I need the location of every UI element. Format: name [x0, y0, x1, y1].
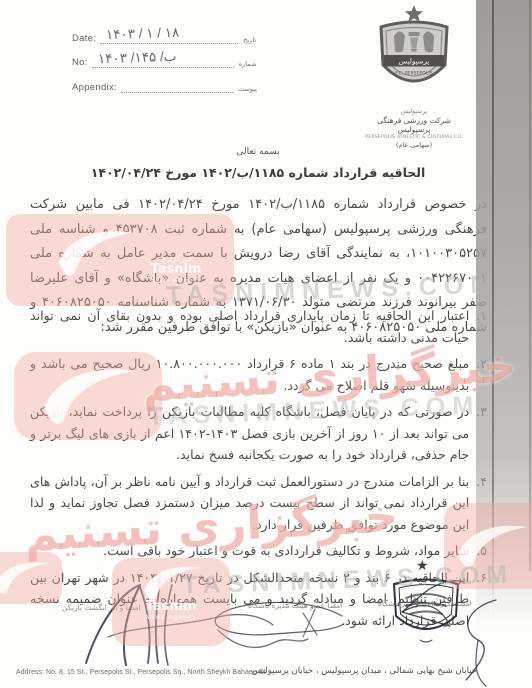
clause-text: اعتبار این الحاقیه تا زمان پایداری قرارد…: [30, 305, 469, 348]
clause-3: ۳. در صورتی که در پایان فصل، باشگاه کلیه…: [30, 401, 487, 466]
number-line: ۱۴۰۳ /ب/ ۱۴۵: [92, 56, 234, 68]
clause-text: بنا بر الزامات مندرج در دستورالعمل ثبت ق…: [30, 471, 469, 536]
date-line: ۱۴۰۳ / ۱ / ۱۸: [100, 32, 238, 44]
appendix-label-fa: پیوست: [238, 86, 257, 93]
company-name-fa: شرکت ورزشی فرهنگی پرسپولیس: [360, 116, 468, 134]
scan-edge-band: [476, 0, 532, 634]
title-block: بسمه تعالی الحاقیه قرارداد شماره ۱۱۸۵/ب/…: [30, 147, 486, 180]
clause-text: در صورتی که در پایان فصل، باشگاه کلیه مط…: [30, 401, 469, 466]
appendix-line: [121, 81, 233, 93]
club-name-small: پرسپولیس: [360, 108, 468, 115]
date-handwritten-value: ۱۴۰۳ / ۱ / ۱۸: [106, 25, 180, 44]
clause-text: مبلغ صحیح مندرج در بند ۱ ماده ۶ قرارداد …: [30, 353, 469, 396]
address-english: Address: No. 8, 15 St., Persepolis St., …: [16, 669, 265, 676]
clause-2: ۲. مبلغ صحیح مندرج در بند ۱ ماده ۶ قرارد…: [30, 353, 487, 396]
date-row: Date:۱۴۰۳ / ۱ / ۱۸تاریخ: [72, 26, 256, 44]
number-label: No:: [72, 57, 88, 68]
clause-4: ۴. بنا بر الزامات مندرج در دستورالعمل ثب…: [30, 471, 487, 536]
crest-band-text: پرسپولیس: [399, 58, 430, 66]
club-letterhead: پرسپولیس F.C. PERSEPOLIS پرسپولیس شرکت و…: [360, 5, 468, 149]
number-label-fa: شماره: [239, 61, 257, 68]
persepolis-crest-icon: پرسپولیس F.C. PERSEPOLIS: [374, 5, 454, 101]
clause-text: سایر مواد، شروط و تکالیف قراردادی به قوت…: [30, 540, 469, 562]
date-label-fa: تاریخ: [243, 37, 256, 44]
star-icon: [405, 5, 423, 22]
board-member-signature: [208, 600, 348, 642]
company-name-en: PERSEPOLIS ATHLETIC & CULTURAL CO.: [360, 135, 468, 140]
document-title: الحاقیه قرارداد شماره ۱۱۸۵/ب/۱۴۰۲ مورخ ۱…: [30, 165, 486, 180]
corner-signature-curl: [438, 596, 510, 688]
number-row: No:۱۴۰۳ /ب/ ۱۴۵شماره: [72, 50, 256, 68]
scanned-contract-page: Date:۱۴۰۳ / ۱ / ۱۸تاریخ No:۱۴۰۳ /ب/ ۱۴۵ش…: [0, 0, 532, 688]
clause-1: ۱. اعتبار این الحاقیه تا زمان پایداری قر…: [30, 305, 487, 348]
appendix-label: Appendix:: [72, 82, 117, 93]
crest-sub-text: F.C. PERSEPOLIS: [395, 71, 432, 77]
number-handwritten-value: ۱۴۰۳ /ب/ ۱۴۵: [97, 49, 176, 68]
appendix-row: Appendix:پیوست: [72, 75, 257, 93]
bismillah: بسمه تعالی: [30, 147, 486, 157]
date-label: Date:: [72, 33, 96, 44]
